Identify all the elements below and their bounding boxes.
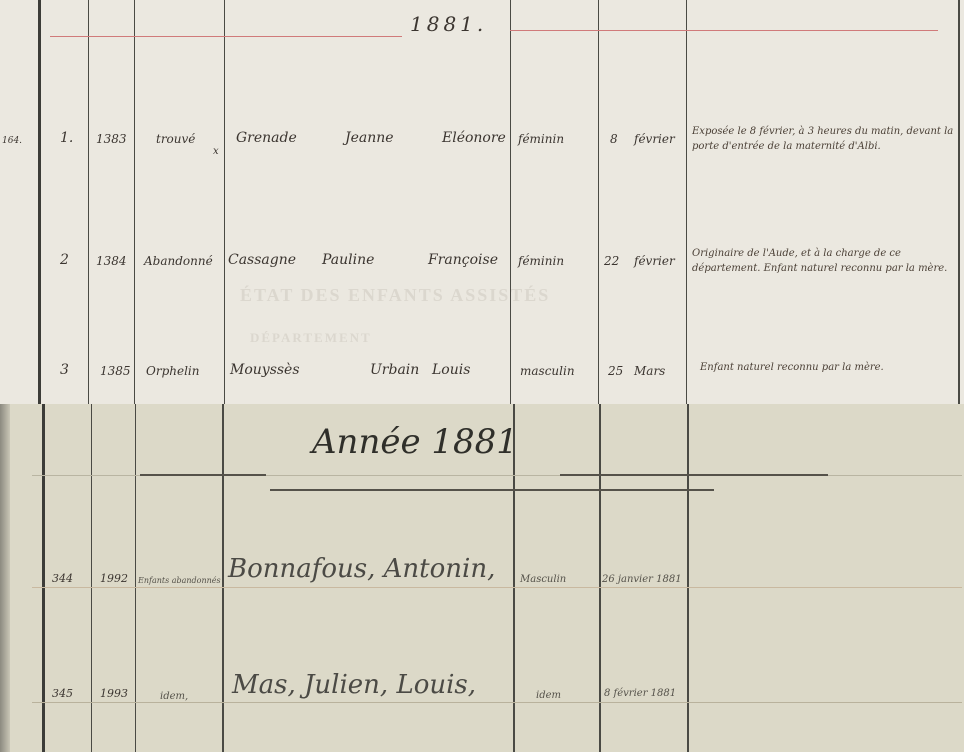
order-number: 3 xyxy=(60,362,69,378)
register-number: 1992 xyxy=(100,572,128,585)
sex: féminin xyxy=(518,132,564,146)
register-number: 1383 xyxy=(96,132,127,146)
first-name: Eléonore xyxy=(442,130,506,146)
row-rule xyxy=(32,587,962,588)
book-binding xyxy=(0,404,10,752)
admission-date: 26 janvier 1881 xyxy=(602,574,682,585)
header-rule xyxy=(50,36,402,37)
surname: Cassagne xyxy=(228,252,296,268)
category: idem, xyxy=(160,691,188,702)
register-number: 1993 xyxy=(100,687,128,700)
header-rule xyxy=(560,474,828,476)
column-rule xyxy=(134,0,135,404)
row-rule xyxy=(32,702,962,703)
column-rule xyxy=(224,0,225,404)
day: 25 xyxy=(608,364,623,378)
register-page-top: ÉTAT DES ENFANTS ASSISTÉS DÉPARTEMENT 18… xyxy=(0,0,964,404)
category: trouvé xyxy=(156,132,195,146)
remarks: Originaire de l'Aude, et à la charge de … xyxy=(692,246,954,276)
category: Abandonné xyxy=(144,254,213,268)
day: 8 xyxy=(610,132,618,146)
column-rule xyxy=(42,404,45,752)
order-number: 1. xyxy=(60,130,73,146)
header-rule xyxy=(270,489,714,491)
column-rule xyxy=(135,404,136,752)
sex: Masculin xyxy=(520,574,566,585)
register-number: 1384 xyxy=(96,254,127,268)
remarks: Exposée le 8 février, à 3 heures du mati… xyxy=(692,124,954,154)
header-rule xyxy=(140,474,266,476)
surname: Grenade xyxy=(236,130,297,146)
year-heading: 1881. xyxy=(410,12,487,36)
register-page-bottom: Année 1881 344 1992 Enfants abandonnés B… xyxy=(0,404,964,752)
column-rule xyxy=(88,0,89,404)
first-name: Urbain xyxy=(370,362,419,378)
bleed-through-text: DÉPARTEMENT xyxy=(250,330,372,346)
column-rule xyxy=(222,404,224,752)
remarks: Enfant naturel reconnu par la mère. xyxy=(700,360,954,375)
column-rule xyxy=(687,404,689,752)
sex: idem xyxy=(536,690,561,701)
first-name: Pauline xyxy=(322,252,374,268)
sex: féminin xyxy=(518,254,564,268)
bleed-through-text: ÉTAT DES ENFANTS ASSISTÉS xyxy=(240,285,550,306)
column-rule xyxy=(599,404,601,752)
month: février xyxy=(634,254,675,268)
order-number: 344 xyxy=(52,572,73,585)
column-rule xyxy=(598,0,599,404)
admission-date: 8 février 1881 xyxy=(604,688,676,699)
month: février xyxy=(634,132,675,146)
year-heading: Année 1881 xyxy=(312,422,518,462)
column-rule xyxy=(38,0,41,404)
order-number: 2 xyxy=(60,252,69,268)
month: Mars xyxy=(634,364,665,378)
child-name: Bonnafous, Antonin, xyxy=(228,554,495,584)
header-rule xyxy=(510,30,938,31)
first-name: Louis xyxy=(432,362,470,378)
category: Orphelin xyxy=(146,364,200,378)
column-rule xyxy=(510,0,511,404)
category: Enfants abandonnés xyxy=(138,576,221,585)
column-rule xyxy=(686,0,687,404)
day: 22 xyxy=(604,254,619,268)
order-number: 345 xyxy=(52,687,73,700)
column-rule xyxy=(958,0,960,404)
surname: Mouyssès xyxy=(230,362,300,378)
first-name: Françoise xyxy=(428,252,498,268)
marker: x xyxy=(213,146,219,157)
first-name: Jeanne xyxy=(345,130,394,146)
margin-note: 164. xyxy=(2,136,22,146)
sex: masculin xyxy=(520,364,575,378)
child-name: Mas, Julien, Louis, xyxy=(232,670,476,700)
column-rule xyxy=(91,404,92,752)
register-number: 1385 xyxy=(100,364,131,378)
